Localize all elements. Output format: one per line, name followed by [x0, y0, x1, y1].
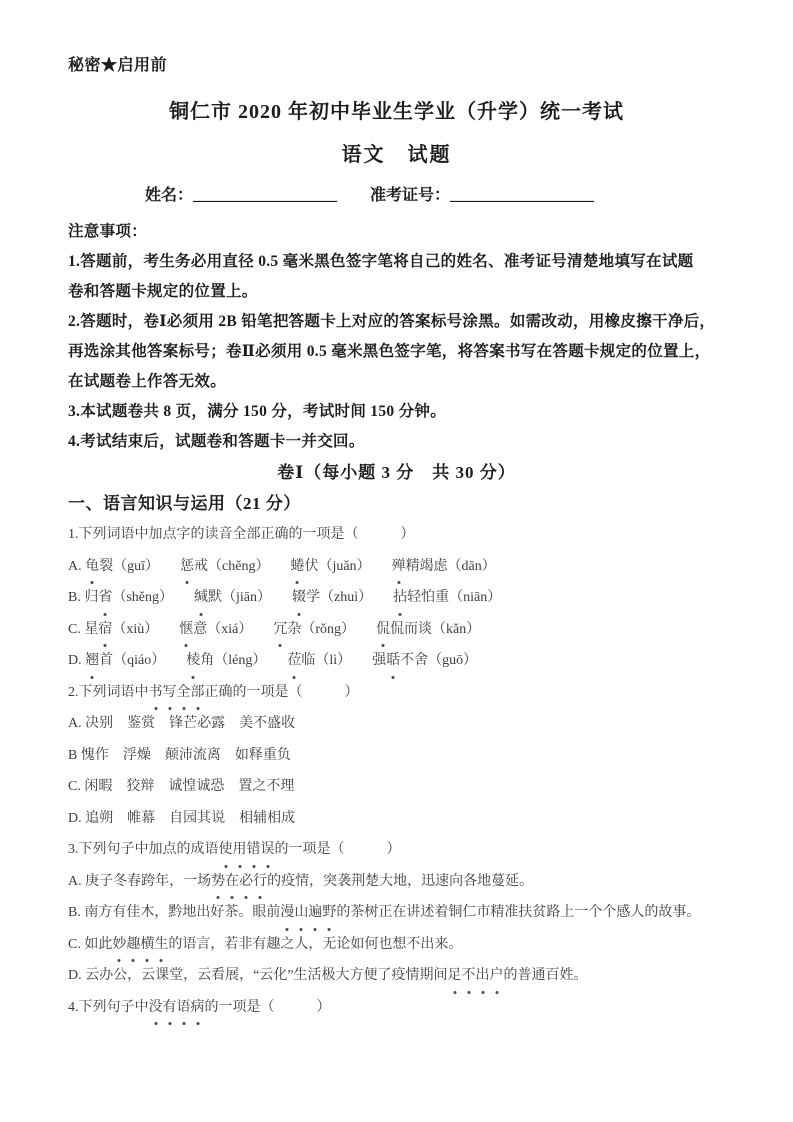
text-segment: 裂（guī） — [99, 559, 180, 574]
text-segment: 的一项是（ ） — [205, 1000, 331, 1015]
emphasized-char: 缄 — [194, 582, 208, 614]
q1-stem: 1.下列词语中加点字的读音全部正确的一项是（ ） — [68, 519, 725, 551]
name-blank-line: __________________ — [193, 187, 337, 204]
notice-line-5: 在试题卷上作答无效。 — [68, 367, 725, 397]
emphasized-char: 横 — [140, 929, 154, 961]
emphasized-char: 在 — [225, 866, 239, 898]
emphasized-char: 不 — [462, 960, 476, 992]
q2-option-c: C. 闲暇 狡辩 诚惶诚恐 置之不理 — [68, 771, 725, 803]
emphasized-char: 冗 — [273, 614, 287, 646]
emphasized-char: 侃 — [376, 614, 390, 646]
text-segment: A. — [68, 559, 85, 574]
secret-label: 秘密★启用前 — [68, 56, 725, 76]
text-segment: 轻怕重（niān） — [407, 590, 501, 605]
emphasized-char: 翘 — [85, 645, 99, 677]
notice-section: 注意事项： 1.答题前，考生务必用直径 0.5 毫米黑色签字笔将自己的姓名、准考… — [68, 217, 725, 457]
text-segment: 学（zhuì） — [306, 590, 393, 605]
exam-paper-page: 秘密★启用前 铜仁市 2020 年初中毕业生学业（升学）统一考试 语文 试题 姓… — [0, 0, 793, 1122]
text-segment: 的一项是（ ） — [275, 842, 401, 857]
emphasized-char: 蜷 — [290, 551, 304, 583]
notice-line-4: 再选涂其他答案标号；卷Ⅱ必须用 0.5 毫米黑色签字笔，将答案书写在答题卡规定的… — [68, 337, 725, 367]
q1-option-d: D. 翘首（qiáo） 棱角（léng） 莅临（lì） 强聒不舍（guō） — [68, 645, 725, 677]
text-segment: C. 如此 — [68, 937, 112, 952]
section1-header: 一、语言知识与运用（21 分） — [68, 488, 725, 519]
emphasized-char: 辍 — [292, 582, 306, 614]
q3-option-b: B. 南方有佳木，黔地出好茶。眼前漫山遍野的茶树正在讲述着铜仁市精准扶贫路上一个… — [68, 897, 725, 929]
text-segment: 4.下列句子中 — [68, 1000, 149, 1015]
emphasized-char: 全 — [177, 677, 191, 709]
text-segment: 的语言，若非有趣之人，无论如何也想不出来。 — [168, 937, 462, 952]
emphasized-char: 棱 — [186, 645, 200, 677]
text-segment: 角（léng） — [200, 653, 287, 668]
emphasized-char: 聒 — [386, 645, 400, 677]
subject-title: 语文 试题 — [68, 141, 725, 169]
emphasized-char: 行 — [253, 866, 267, 898]
emphasized-char: 龟 — [85, 551, 99, 583]
text-segment: 意（xiá） — [193, 622, 273, 637]
emphasized-char: 山 — [294, 897, 308, 929]
emphasized-char: 趣 — [126, 929, 140, 961]
emphasized-char: 使 — [219, 834, 233, 866]
text-segment: 正确的一项是（ ） — [205, 685, 359, 700]
text-segment: D. — [68, 653, 85, 668]
candidate-info-row: 姓名：__________________准考证号：______________… — [68, 185, 725, 207]
text-segment: 精竭虑（dān） — [406, 559, 496, 574]
q1-option-c: C. 星宿（xiù） 惬意（xiá） 冗杂（rǒng） 侃侃而谈（kǎn） — [68, 614, 725, 646]
q2-option-a: A. 决别 鉴赏 锋芒必露 美不盛收 — [68, 708, 725, 740]
notice-line-6: 3.本试题卷共 8 页，满分 150 分，考试时间 150 分钟。 — [68, 397, 725, 427]
text-segment: A. 庚子冬春跨年，一场 — [68, 874, 211, 889]
text-segment: 2.下列词语中 — [68, 685, 149, 700]
text-segment: 的茶树正在讲述着铜仁市精准扶贫路上一个个感人的故事。 — [336, 905, 700, 920]
emphasized-char: 出 — [476, 960, 490, 992]
part1-header: 卷Ⅰ（每小题 3 分 共 30 分） — [68, 457, 725, 488]
emphasized-char: 惩 — [180, 551, 194, 583]
text-segment: D. 云办公，云课堂，云看展，“云化”生活极大方便了疫情期间 — [68, 968, 448, 983]
text-segment: （xiù） — [112, 622, 179, 637]
questions-block: 1.下列词语中加点字的读音全部正确的一项是（ ） A. 龟裂（guī） 惩戒（c… — [68, 519, 725, 1023]
examno-blank-line: __________________ — [450, 187, 594, 204]
text-segment: 临（lì） 强 — [301, 653, 386, 668]
q2-option-b: B 愧作 浮燥 颠沛流离 如释重负 — [68, 740, 725, 772]
name-label: 姓名： — [145, 187, 193, 204]
emphasized-char: 莅 — [287, 645, 301, 677]
emphasized-char: 写 — [163, 677, 177, 709]
q3-stem: 3.下列句子中加点的成语使用错误的一项是（ ） — [68, 834, 725, 866]
emphasized-char: 有 — [163, 992, 177, 1024]
notice-line-3: 2.答题时，卷Ⅰ必须用 2B 铅笔把答题卡上对应的答案标号涂黑。如需改动，用橡皮… — [68, 307, 725, 337]
text-segment: 侃而谈（kǎn） — [390, 622, 480, 637]
emphasized-char: 足 — [448, 960, 462, 992]
emphasized-char: 漫 — [280, 897, 294, 929]
emphasized-char: 没 — [149, 992, 163, 1024]
notice-line-7: 4.考试结束后，试题卷和答题卡一并交回。 — [68, 427, 725, 457]
emphasized-char: 惬 — [179, 614, 193, 646]
emphasized-char: 用 — [233, 834, 247, 866]
emphasized-char: 宿 — [98, 614, 112, 646]
text-segment: 默（jiān） — [208, 590, 292, 605]
text-segment: 不舍（guō） — [400, 653, 477, 668]
emphasized-char: 必 — [239, 866, 253, 898]
emphasized-char: 省 — [98, 582, 112, 614]
emphasized-char: 生 — [154, 929, 168, 961]
emphasized-char: 遍 — [308, 897, 322, 929]
emphasized-char: 拈 — [393, 582, 407, 614]
text-segment: 的疫情，突袭荆楚大地，迅速向各地蔓延。 — [267, 874, 533, 889]
text-segment: B. 南方有佳木，黔地出好茶。眼前 — [68, 905, 280, 920]
emphasized-char: 部 — [191, 677, 205, 709]
emphasized-char: 书 — [149, 677, 163, 709]
exam-title: 铜仁市 2020 年初中毕业生学业（升学）统一考试 — [68, 98, 725, 126]
notice-line-1: 1.答题前，考生务必用直径 0.5 毫米黑色签字笔将自己的姓名、准考证号清楚地填… — [68, 247, 725, 277]
emphasized-char: 病 — [191, 992, 205, 1024]
q2-stem: 2.下列词语中书写全部正确的一项是（ ） — [68, 677, 725, 709]
emphasized-char: 语 — [177, 992, 191, 1024]
text-segment: C. 星 — [68, 622, 98, 637]
examno-label: 准考证号： — [370, 187, 450, 204]
text-segment: B. 归 — [68, 590, 98, 605]
q3-option-a: A. 庚子冬春跨年，一场势在必行的疫情，突袭荆楚大地，迅速向各地蔓延。 — [68, 866, 725, 898]
notice-line-2: 卷和答题卡规定的位置上。 — [68, 277, 725, 307]
q3-option-c: C. 如此妙趣横生的语言，若非有趣之人，无论如何也想不出来。 — [68, 929, 725, 961]
text-segment: 戒（chěng） — [194, 559, 290, 574]
emphasized-char: 错 — [247, 834, 261, 866]
q4-stem: 4.下列句子中没有语病的一项是（ ） — [68, 992, 725, 1024]
emphasized-char: 殚 — [392, 551, 406, 583]
text-segment: 杂（rǒng） — [287, 622, 376, 637]
emphasized-char: 妙 — [112, 929, 126, 961]
q1-option-a: A. 龟裂（guī） 惩戒（chěng） 蜷伏（juǎn） 殚精竭虑（dān） — [68, 551, 725, 583]
text-segment: （shěng） — [112, 590, 194, 605]
notice-heading: 注意事项： — [68, 217, 725, 247]
q1-option-b: B. 归省（shěng） 缄默（jiān） 辍学（zhuì） 拈轻怕重（niān… — [68, 582, 725, 614]
emphasized-char: 野 — [322, 897, 336, 929]
text-segment: 3.下列句子中加点的成语 — [68, 842, 219, 857]
text-segment: 首（qiáo） — [99, 653, 186, 668]
text-segment: 的普通百姓。 — [504, 968, 588, 983]
emphasized-char: 户 — [490, 960, 504, 992]
q3-option-d: D. 云办公，云课堂，云看展，“云化”生活极大方便了疫情期间足不出户的普通百姓。 — [68, 960, 725, 992]
text-segment: 伏（juǎn） — [304, 559, 391, 574]
q2-option-d: D. 追朔 帷幕 自园其说 相辅相成 — [68, 803, 725, 835]
emphasized-char: 势 — [211, 866, 225, 898]
emphasized-char: 误 — [261, 834, 275, 866]
